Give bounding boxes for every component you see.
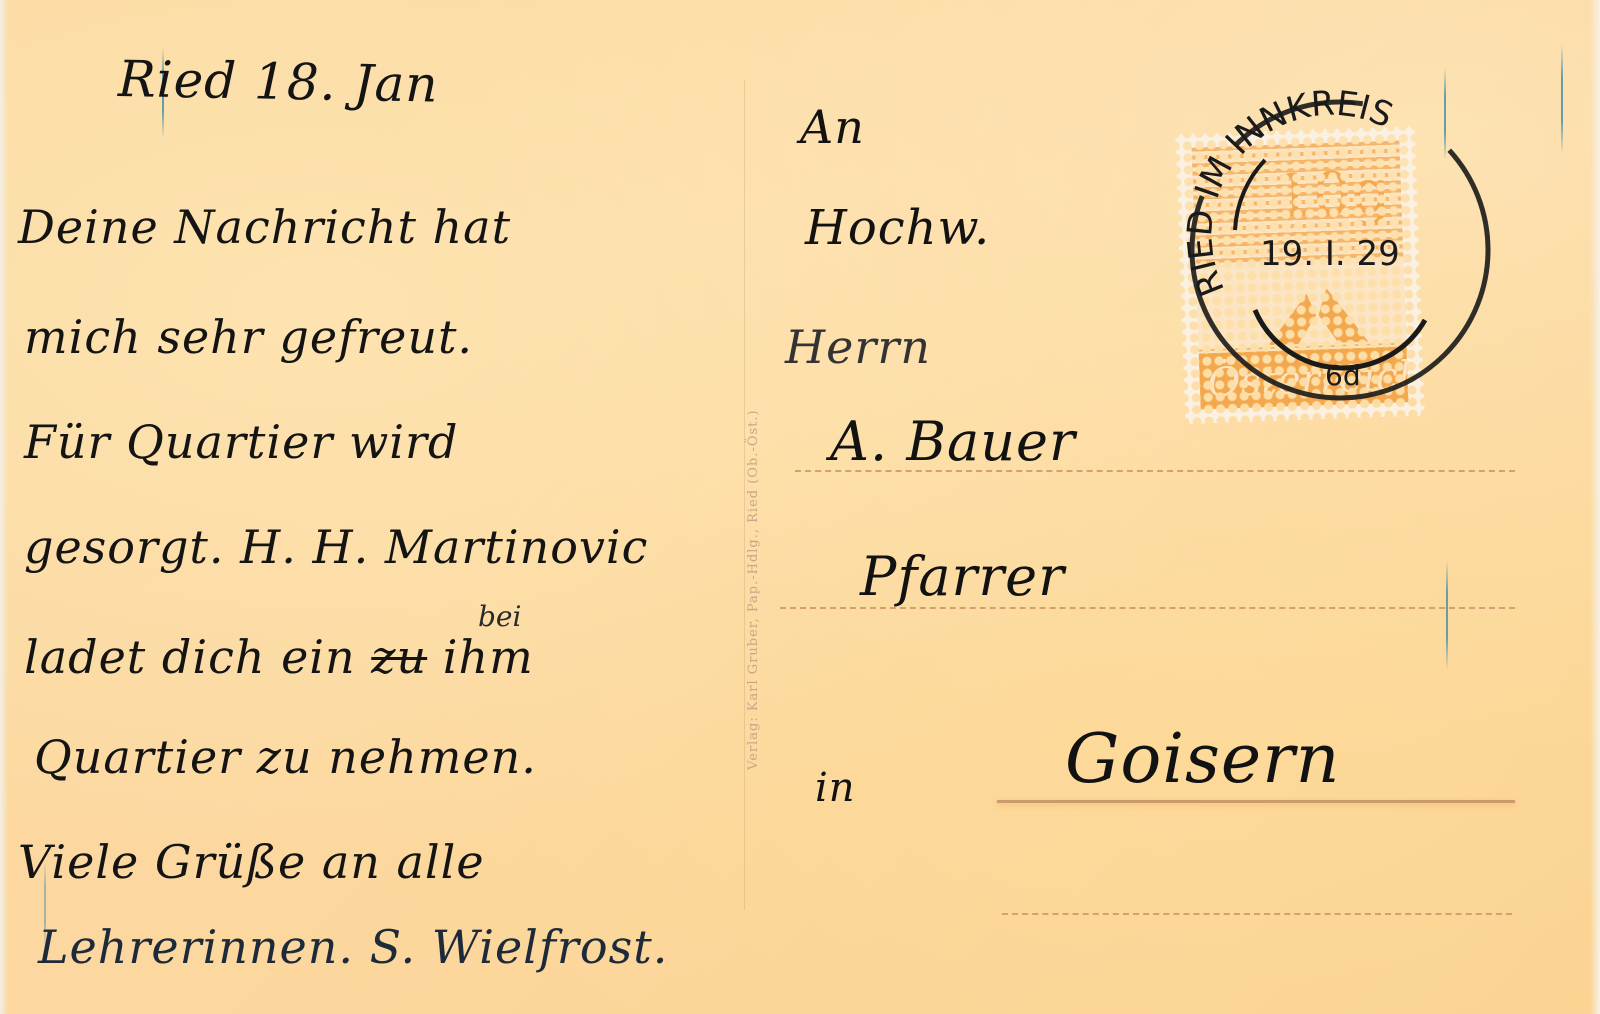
- message-line: gesorgt. H. H. Martinovic: [24, 520, 648, 574]
- signature-line: Lehrerinnen. S. Wielfrost.: [38, 920, 668, 974]
- card-edge-right: [1590, 0, 1600, 1014]
- address-line: Goisern: [1065, 720, 1340, 799]
- publisher-imprint: Verlag: Karl Gruber, Pap.-Hdlg., Ried (O…: [746, 409, 761, 770]
- postmark: RIED IM INNKREIS 19. I. 29 6d: [1175, 80, 1505, 410]
- message-text: ladet dich ein: [24, 630, 356, 684]
- address-line: in: [815, 765, 856, 811]
- address-line: A. Bauer: [830, 410, 1076, 473]
- address-rule: [997, 800, 1515, 803]
- address-line: Herrn: [785, 320, 931, 374]
- message-line: Quartier zu nehmen.: [34, 730, 537, 784]
- address-rule: [1002, 913, 1512, 915]
- inserted-word: bei: [478, 600, 521, 633]
- center-divider: [744, 80, 745, 910]
- postmark-date: 19. I. 29: [1260, 234, 1400, 274]
- postmark-code: 6d: [1325, 359, 1361, 392]
- message-line: Für Quartier wird: [24, 415, 458, 469]
- address-line: Pfarrer: [860, 545, 1065, 608]
- message-line: ladet dich ein zu ihm: [24, 630, 534, 684]
- card-edge-left: [0, 0, 8, 1014]
- message-text: ihm: [443, 630, 534, 684]
- message-area: Ried 18. Jan Deine Nachricht hat mich se…: [18, 40, 708, 1000]
- message-line: mich sehr gefreut.: [24, 310, 473, 364]
- address-line: An: [800, 100, 865, 154]
- postcard: Ried 18. Jan Deine Nachricht hat mich se…: [0, 0, 1600, 1014]
- date-line: Ried 18. Jan: [117, 50, 439, 114]
- blue-pencil-mark: [1561, 44, 1563, 154]
- struck-word: zu: [371, 630, 427, 684]
- message-line: Deine Nachricht hat: [18, 200, 511, 254]
- message-line: Viele Grüße an alle: [18, 835, 485, 889]
- blue-pencil-mark: [1446, 560, 1448, 670]
- address-line: Hochw.: [805, 200, 990, 256]
